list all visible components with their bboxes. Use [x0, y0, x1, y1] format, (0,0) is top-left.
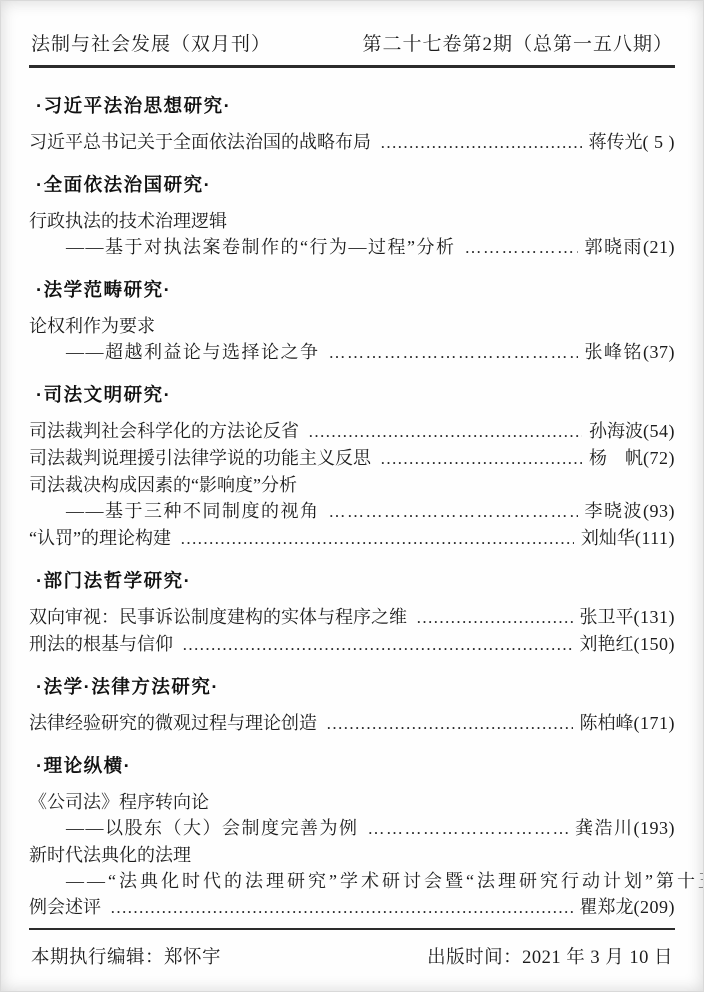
page-number: ( 5 )	[643, 132, 676, 152]
article-title: 司法裁判社会科学化的方法论反省	[29, 418, 299, 444]
article-title: “认罚”的理论构建	[29, 525, 171, 551]
section-heading: ·理论纵横·	[29, 752, 675, 778]
section-heading: ·法学范畴研究·	[29, 276, 675, 302]
article-title: 例会述评	[29, 894, 101, 920]
entry-ref: 龚浩川(193)	[575, 815, 675, 841]
dot-leader	[326, 711, 573, 737]
author-name: 郭晓雨	[585, 237, 644, 257]
entry-ref: 郭晓雨(21)	[585, 234, 676, 260]
dot-leader	[180, 526, 574, 552]
toc-entry: 例会述评 瞿郑龙(209)	[29, 894, 675, 921]
entry-ref: 瞿郑龙(209)	[580, 894, 676, 920]
toc-entry: ——以股东（大）会制度完善为例 龚浩川(193)	[29, 815, 675, 842]
toc-entry: 司法裁判说理援引法律学说的功能主义反思 杨 帆(72)	[29, 445, 675, 472]
toc-entry: ——“法典化时代的法理研究”学术研讨会暨“法理研究行动计划”第十五次	[29, 868, 675, 894]
toc-entry: 司法裁决构成因素的“影响度”分析	[29, 472, 675, 498]
entry-ref: 陈柏峰(171)	[580, 710, 676, 736]
toc-entry: 《公司法》程序转向论	[29, 789, 675, 815]
article-subtitle: ——以股东（大）会制度完善为例	[66, 815, 359, 841]
issue-info: 第二十七卷第2期（总第一五八期）	[362, 29, 673, 56]
article-subtitle: ——基于三种不同制度的视角	[66, 498, 320, 524]
article-subtitle: ——超越利益论与选择论之争	[66, 339, 320, 365]
entry-ref: 李晓波(93)	[585, 498, 676, 524]
toc-entry: “认罚”的理论构建 刘灿华(111)	[29, 525, 675, 552]
author-name: 杨 帆	[589, 448, 643, 468]
article-title: 新时代法典化的法理	[29, 842, 191, 868]
dot-leader	[110, 895, 573, 921]
toc-entry: 法律经验研究的微观过程与理论创造 陈柏峰(171)	[29, 710, 675, 737]
entry-ref: 张峰铭(37)	[585, 339, 676, 365]
toc-entry: ——基于三种不同制度的视角 李晓波(93)	[29, 498, 675, 525]
entry-ref: 孙海波(54)	[589, 418, 675, 444]
toc-entry: 新时代法典化的法理	[29, 842, 675, 868]
toc-entry: 双向审视：民事诉讼制度建构的实体与程序之维 张卫平(131)	[29, 604, 675, 631]
dot-leader	[380, 130, 582, 156]
author-name: 陈柏峰	[580, 713, 634, 733]
article-subtitle: ——“法典化时代的法理研究”学术研讨会暨“法理研究行动计划”第十五次	[66, 868, 704, 894]
dot-leader	[329, 499, 578, 525]
dot-leader	[368, 816, 569, 842]
dot-leader	[464, 235, 577, 261]
publish-date: 出版时间：2021 年 3 月 10 日	[427, 943, 673, 969]
table-of-contents: ·习近平法治思想研究· 习近平总书记关于全面依法治国的战略布局 蒋传光( 5 )…	[29, 92, 675, 921]
page-footer: 本期执行编辑：郑怀宇 出版时间：2021 年 3 月 10 日	[29, 928, 675, 976]
article-title: 司法裁决构成因素的“影响度”分析	[29, 472, 297, 498]
page-number: (209)	[634, 897, 676, 917]
author-name: 张峰铭	[585, 342, 644, 362]
article-title: 法律经验研究的微观过程与理论创造	[29, 710, 317, 736]
author-name: 龚浩川	[575, 818, 634, 838]
toc-entry: ——基于对执法案卷制作的“行为—过程”分析 郭晓雨(21)	[29, 234, 675, 261]
article-title: 司法裁判说理援引法律学说的功能主义反思	[29, 445, 371, 471]
author-name: 刘艳红	[580, 634, 634, 654]
author-name: 张卫平	[580, 607, 634, 627]
article-title: 双向审视：民事诉讼制度建构的实体与程序之维	[29, 604, 407, 630]
footer-rule	[29, 928, 675, 931]
dot-leader	[308, 419, 582, 445]
author-name: 刘灿华	[581, 528, 635, 548]
article-title: 习近平总书记关于全面依法治国的战略布局	[29, 129, 371, 155]
toc-entry: 论权利作为要求	[29, 313, 675, 339]
toc-entry: 刑法的根基与信仰 刘艳红(150)	[29, 631, 675, 658]
page-number: (37)	[643, 342, 675, 362]
section-heading: ·全面依法治国研究·	[29, 171, 675, 197]
dot-leader	[380, 446, 582, 472]
entry-ref: 刘灿华(111)	[581, 525, 675, 551]
author-name: 蒋传光	[589, 132, 643, 152]
page-number: (72)	[643, 448, 675, 468]
section-heading: ·部门法哲学研究·	[29, 567, 675, 593]
author-name: 李晓波	[585, 501, 644, 521]
dot-leader	[416, 605, 573, 631]
section-heading: ·习近平法治思想研究·	[29, 92, 675, 118]
journal-title: 法制与社会发展（双月刊）	[31, 29, 271, 56]
article-title: 行政执法的技术治理逻辑	[29, 208, 227, 234]
executive-editor: 本期执行编辑：郑怀宇	[31, 943, 221, 969]
page-number: (131)	[634, 607, 676, 627]
article-title: 《公司法》程序转向论	[29, 789, 209, 815]
page-number: (54)	[643, 421, 675, 441]
dot-leader	[182, 632, 573, 658]
entry-ref: 蒋传光( 5 )	[589, 129, 676, 155]
dot-leader	[329, 340, 578, 366]
header-rule	[29, 65, 675, 68]
page-number: (171)	[634, 713, 676, 733]
entry-ref: 刘艳红(150)	[580, 631, 676, 657]
toc-entry: 习近平总书记关于全面依法治国的战略布局 蒋传光( 5 )	[29, 129, 675, 156]
masthead: 法制与社会发展（双月刊） 第二十七卷第2期（总第一五八期）	[29, 25, 675, 56]
article-subtitle: ——基于对执法案卷制作的“行为—过程”分析	[66, 234, 455, 260]
journal-toc-page: 法制与社会发展（双月刊） 第二十七卷第2期（总第一五八期） ·习近平法治思想研究…	[0, 0, 704, 992]
page-number: (111)	[635, 528, 675, 548]
section-heading: ·法学·法律方法研究·	[29, 673, 675, 699]
page-number: (193)	[634, 818, 676, 838]
toc-entry: ——超越利益论与选择论之争 张峰铭(37)	[29, 339, 675, 366]
article-title: 刑法的根基与信仰	[29, 631, 173, 657]
toc-entry: 行政执法的技术治理逻辑	[29, 208, 675, 234]
entry-ref: 张卫平(131)	[580, 604, 676, 630]
section-heading: ·司法文明研究·	[29, 381, 675, 407]
page-number: (93)	[643, 501, 675, 521]
page-number: (150)	[634, 634, 676, 654]
toc-entry: 司法裁判社会科学化的方法论反省 孙海波(54)	[29, 418, 675, 445]
entry-ref: 杨 帆(72)	[589, 445, 675, 471]
author-name: 孙海波	[589, 421, 643, 441]
author-name: 瞿郑龙	[580, 897, 634, 917]
article-title: 论权利作为要求	[29, 313, 155, 339]
page-number: (21)	[643, 237, 675, 257]
